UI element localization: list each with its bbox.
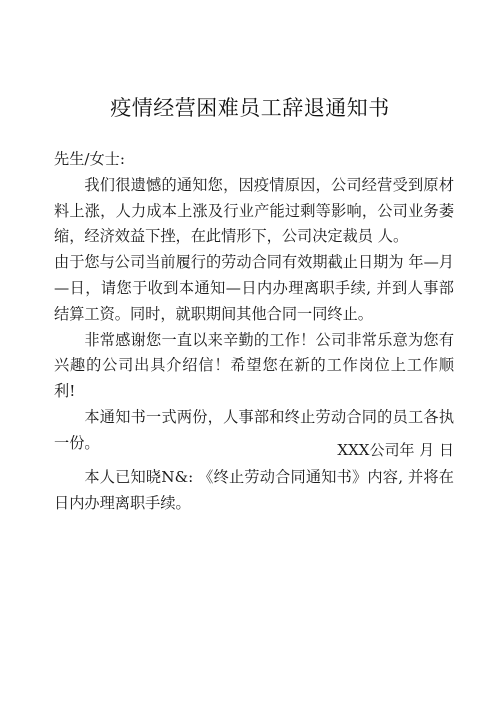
salutation: 先生/女士: (54, 147, 454, 173)
paragraph-thanks: 非常感谢您一直以来辛勤的工作！公司非常乐意为您有兴趣的公司出具介绍信！希望您在新… (54, 328, 454, 405)
company-signoff-date: XXX公司年 月 日 (54, 439, 454, 460)
paragraph-layoff-reason: 我们很遗憾的通知您，因疫情原因，公司经营受到原材料上涨，人力成本上涨及行业产能过… (54, 173, 454, 250)
notice-body: 先生/女士: 我们很遗憾的通知您，因疫情原因，公司经营受到原材料上涨，人力成本上… (54, 147, 454, 457)
notice-title: 疫情经营困难员工辞退通知书 (0, 92, 500, 122)
employee-acknowledgement: 本人已知晓N&: 《终止劳动合同通知书》内容, 并将在日内办理离职手续。 (54, 465, 454, 517)
paragraph-contract-termination: 由于您与公司当前履行的劳动合同有效期截止日期为 年—月—日，请您于收到本通知—日… (54, 250, 454, 327)
